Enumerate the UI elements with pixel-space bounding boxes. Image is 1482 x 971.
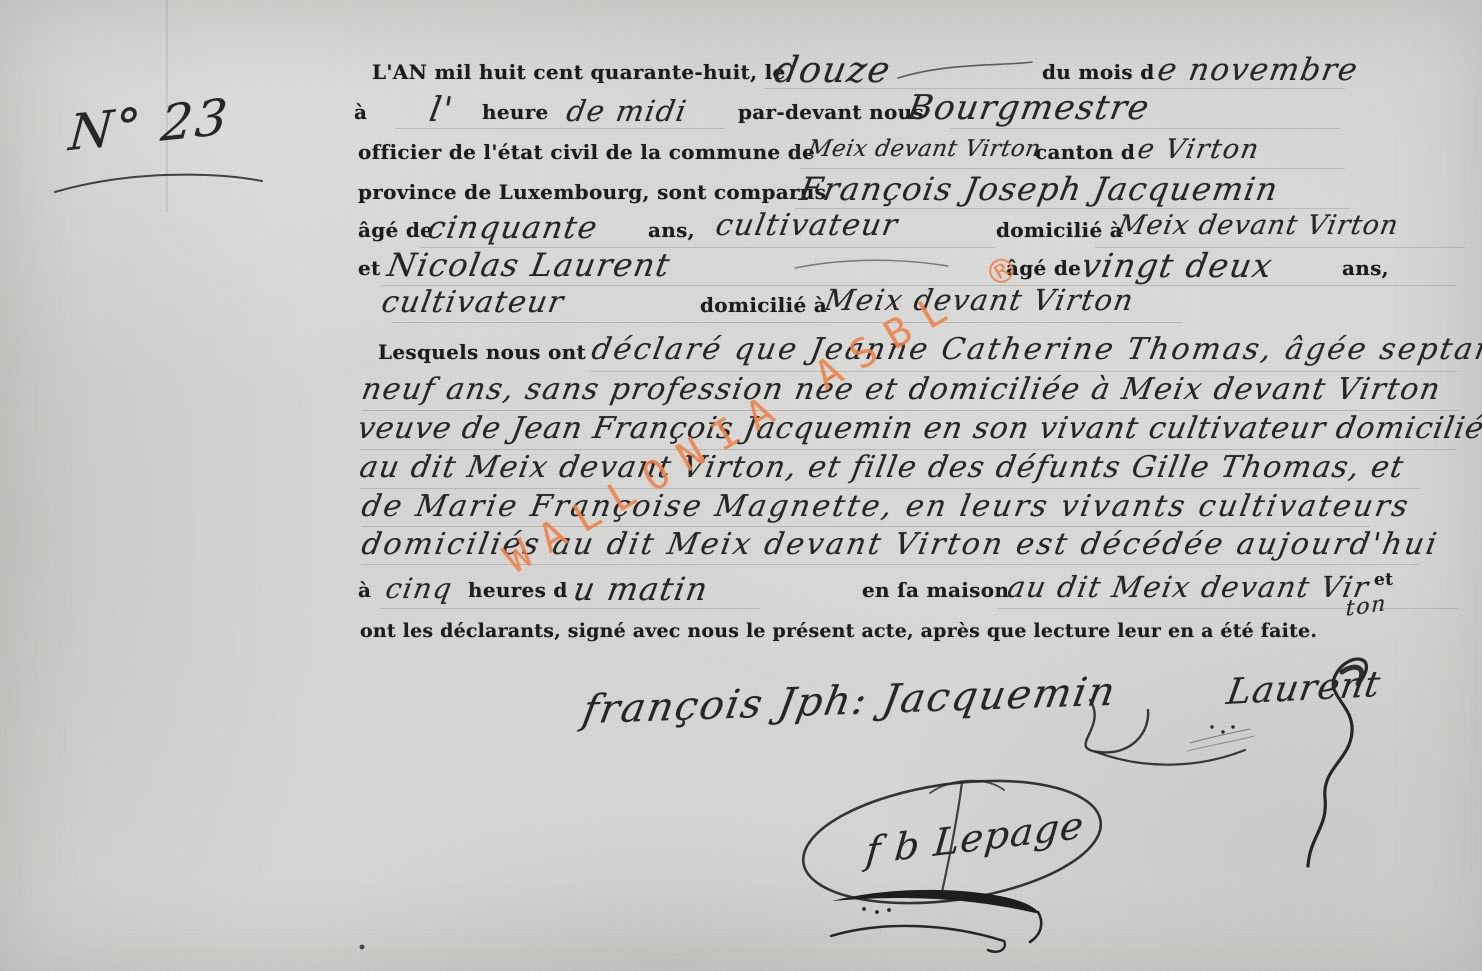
printed-et-1: et xyxy=(358,256,381,280)
entry-declarant2-domicile: Meix devant Virton xyxy=(822,283,1137,317)
printed-domicile-label-1: domicilié à xyxy=(996,218,1123,242)
printed-canton-label: canton d xyxy=(1035,140,1135,164)
printed-age-label-1: âgé de xyxy=(358,218,433,242)
entry-declarant2-name: Nicolas Laurent xyxy=(385,246,674,284)
ruled-line xyxy=(392,322,1182,323)
entry-declaration-line-2: neuf ans, sans profession née et domicil… xyxy=(359,372,1444,407)
death-record-scan-page: N° 23 L'AN mil huit cent quarante-huit, … xyxy=(0,0,1482,971)
printed-lesquels: Lesquels nous ont xyxy=(378,340,586,364)
printed-at-label: à xyxy=(354,100,367,124)
ruled-line xyxy=(800,168,1345,169)
entry-death-hour: cinq xyxy=(383,572,455,605)
printed-a-hour: à xyxy=(358,578,371,602)
entry-declarant2-age: vingt deux xyxy=(1079,246,1277,285)
registry-number: N° 23 xyxy=(67,88,231,162)
entry-month: e novembre xyxy=(1155,52,1361,88)
entry-morning: u matin xyxy=(571,570,712,608)
printed-province-line: province de Luxembourg, sont comparus xyxy=(358,180,826,204)
entry-declaration-line-3: veuve de Jean François Jacquemin en son … xyxy=(355,411,1482,446)
printed-ans-1: ans, xyxy=(648,218,695,242)
printed-age-label-2: âgé de xyxy=(1006,256,1081,280)
ruled-line xyxy=(380,608,760,609)
entry-day: douze xyxy=(771,50,894,91)
ruled-line xyxy=(950,128,1340,129)
entry-declarant1-age: cinquante xyxy=(425,210,601,246)
entry-declaration-line-6: domiciliés au dit Meix devant Virton est… xyxy=(359,527,1442,562)
entry-time-of-day: de midi xyxy=(564,94,690,128)
entry-death-place: au dit Meix devant Vir xyxy=(1005,570,1372,604)
entry-hour-article: l' xyxy=(426,90,456,130)
printed-ans-2: ans, xyxy=(1342,256,1389,280)
entry-declaration-line-5: de Marie Françoise Magnette, en leurs vi… xyxy=(359,489,1413,524)
entry-death-place-end: ton xyxy=(1345,591,1387,621)
entry-declarant1-name: François Joseph Jacquemin xyxy=(797,170,1282,208)
printed-domicile-label-2: domicilié à xyxy=(700,293,827,317)
printed-heure-label: heure xyxy=(482,100,549,124)
entry-commune: Meix devant Virton xyxy=(806,136,1043,162)
ruled-line xyxy=(362,564,1420,565)
entry-declaration-line-4: au dit Meix devant Virton, et fille des … xyxy=(357,450,1407,485)
signature-declarant1: françois Jph: Jacquemin xyxy=(579,669,1120,733)
entry-declaration-line-1: déclaré que Jeanne Catherine Thomas, âgé… xyxy=(589,332,1482,367)
entry-officer-title: Bourgmestre xyxy=(904,88,1153,128)
printed-et-2: et xyxy=(1374,570,1393,590)
entry-declarant1-profession: cultivateur xyxy=(713,208,901,243)
entry-declarant1-domicile: Meix devant Virton xyxy=(1115,210,1401,241)
printed-year-phrase: L'AN mil huit cent quarante-huit, le xyxy=(372,60,786,84)
printed-heures-d: heures d xyxy=(468,578,568,602)
printed-en-sa-maison: en ſa maison xyxy=(862,578,1009,602)
entry-canton: e Virton xyxy=(1135,134,1262,165)
signature-declarant2: Laurent xyxy=(1224,664,1384,713)
entry-declarant2-profession: cultivateur xyxy=(379,285,567,320)
printed-closing-line: ont les déclarants, signé avec nous le p… xyxy=(360,620,1317,642)
printed-month-label: du mois d xyxy=(1042,60,1155,84)
printed-commune-label: officier de l'état civil de la commune d… xyxy=(358,140,815,164)
printed-before-us: par-devant nous xyxy=(738,100,924,124)
signature-officer: f b Lepage xyxy=(864,803,1086,873)
ruled-line xyxy=(998,608,1458,609)
